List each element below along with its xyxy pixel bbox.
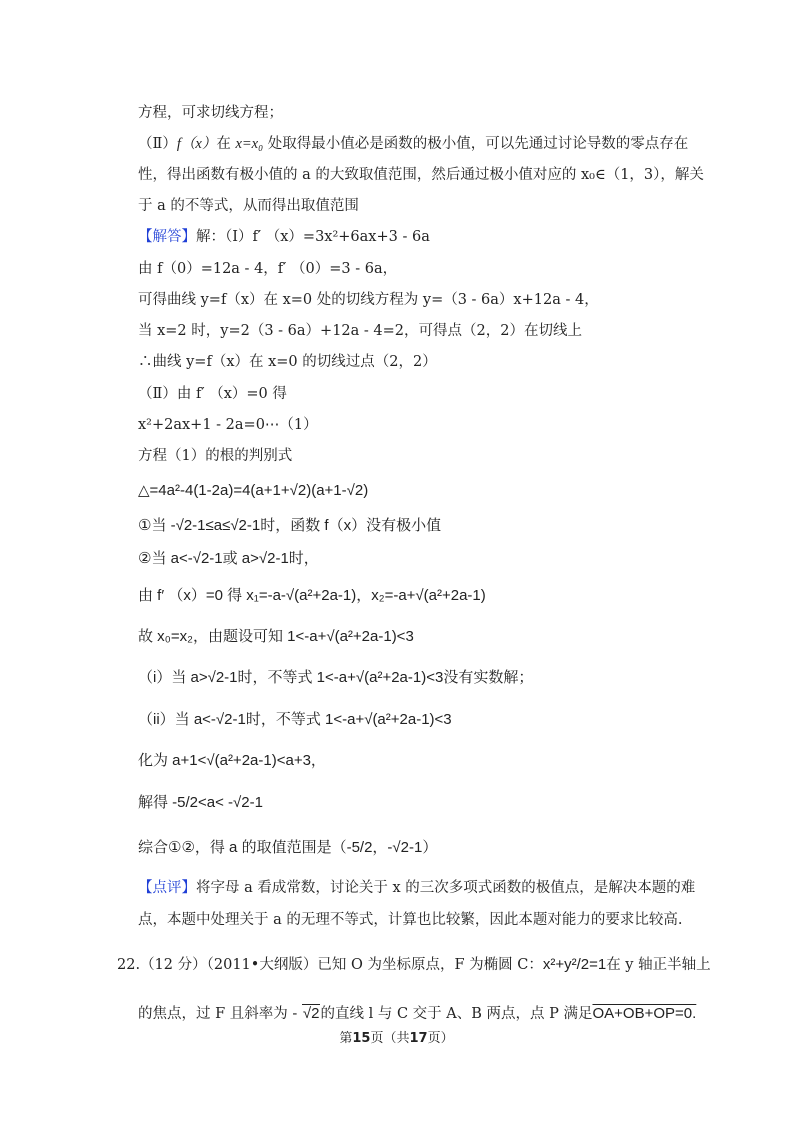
- case-1: ①当 -√2-1≤a≤√2-1时，函数 f（x）没有极小值: [138, 516, 441, 536]
- discriminant-formula: △=4a²-4(1-2a)=4(a+1+√2)(a+1-√2): [138, 481, 368, 501]
- text-zai: 在: [216, 136, 235, 152]
- comment-label: 【点评】: [138, 880, 196, 896]
- problem-22-line-2: 的焦点，过 F 且斜率为 - √2的直线 l 与 C 交于 A、B 两点，点 P…: [138, 1004, 696, 1024]
- page-number: 15: [352, 1031, 370, 1046]
- sqrt-2: √2: [302, 1004, 321, 1023]
- func-fx: f（x）: [177, 136, 216, 152]
- problem-22-line-1: 22.（12 分）（2011•大纲版）已知 O 为坐标原点，F 为椭圆 C：x²…: [117, 955, 711, 975]
- problem-score: （12 分）: [140, 957, 207, 973]
- footer-prefix: 第: [339, 1031, 352, 1046]
- x0-condition: 故 x₀=x₂，由题设可知 1<-a+√(a²+2a-1)<3: [138, 627, 414, 647]
- analysis-line-4: 于 a 的不等式，从而得出取值范围: [138, 196, 359, 216]
- analysis-line-1: 方程，可求切线方程；: [138, 103, 283, 123]
- solution-line-5: ∴曲线 y=f（x）在 x=0 的切线过点（2，2）: [138, 352, 437, 372]
- final-range: 综合①②，得 a 的取值范围是（-5/2，-√2-1）: [138, 838, 437, 858]
- page-footer: 第15页（共17页）: [0, 1027, 793, 1046]
- comment-text-1: 将字母 a 看成常数，讨论关于 x 的三次多项式函数的极值点，是解决本题的难: [196, 880, 695, 896]
- comment-line-1: 【点评】将字母 a 看成常数，讨论关于 x 的三次多项式函数的极值点，是解决本题…: [138, 878, 695, 898]
- subcase-i: （i）当 a>√2-1时，不等式 1<-a+√(a²+2a-1)<3没有实数解；: [138, 668, 533, 688]
- solution-line-4: 当 x=2 时，y=2（3 - 6a）+12a - 4=2，可得点（2，2）在切…: [138, 321, 582, 341]
- solution-line-2: 由 f（0）=12a - 4，f′ （0）=3 - 6a，: [138, 259, 397, 279]
- comment-line-2: 点，本题中处理关于 a 的无理不等式，计算也比较繁，因此本题对能力的要求比较高.: [138, 910, 682, 930]
- solution-line-3: 可得曲线 y=f（x）在 x=0 处的切线方程为 y=（3 - 6a）x+12a…: [138, 290, 599, 310]
- footer-mid: 页（共: [370, 1031, 409, 1046]
- vector-equation: OA+OB+OP=0.: [592, 1005, 696, 1022]
- subcase-ii: （ii）当 a<-√2-1时，不等式 1<-a+√(a²+2a-1)<3: [138, 710, 452, 730]
- solution-line-6: （Ⅱ）由 f′ （x）=0 得: [138, 384, 287, 404]
- problem-number: 22.: [117, 957, 140, 973]
- problem-text-1-tail: 在 y 轴正半轴上: [606, 957, 710, 973]
- analysis-line-2: （Ⅱ）f（x）在 x=x₀ 处取得最小值必是函数的极小值，可以先通过讨论导数的零…: [138, 134, 688, 154]
- problem-text-1: 已知 O 为坐标原点，F 为椭圆 C：: [317, 957, 542, 973]
- total-pages: 17: [410, 1031, 428, 1046]
- problem-text-2a: 的焦点，过 F 且斜率为 -: [138, 1006, 302, 1022]
- ellipse-equation: x²+y²/2=1: [543, 956, 606, 973]
- solution-line-8: 方程（1）的根的判别式: [138, 446, 292, 466]
- part-ii-marker: （Ⅱ）: [138, 136, 177, 152]
- solution-derivative: 解：（Ⅰ）f′ （x）=3x²+6ax+3 - 6a: [196, 229, 430, 245]
- solution-line-7: x²+2ax+1 - 2a=0⋯（1）: [138, 415, 318, 435]
- solution-line-1: 【解答】解：（Ⅰ）f′ （x）=3x²+6ax+3 - 6a: [138, 227, 430, 247]
- solved-range: 解得 -5/2<a< -√2-1: [138, 793, 263, 813]
- case-2: ②当 a<-√2-1或 a>√2-1时，: [138, 549, 319, 569]
- problem-source: （2011•大纲版）: [207, 957, 318, 973]
- analysis-line-3: 性，得出函数有极小值的 a 的大致取值范围，然后通过极小值对应的 x₀∈（1，3…: [138, 165, 704, 185]
- problem-text-2b: 的直线 l 与 C 交于 A、B 两点，点 P 满足: [320, 1006, 592, 1022]
- simplified-inequality: 化为 a+1<√(a²+2a-1)<a+3，: [138, 751, 326, 771]
- footer-suffix: 页）: [428, 1031, 454, 1046]
- eq-x-x0: x=x₀: [235, 136, 263, 152]
- solution-label: 【解答】: [138, 229, 196, 245]
- roots-formula: 由 f′ （x）=0 得 x₁=-a-√(a²+2a-1)，x₂=-a+√(a²…: [138, 586, 486, 606]
- analysis-line-2-rest: 处取得最小值必是函数的极小值，可以先通过讨论导数的零点存在: [263, 136, 688, 152]
